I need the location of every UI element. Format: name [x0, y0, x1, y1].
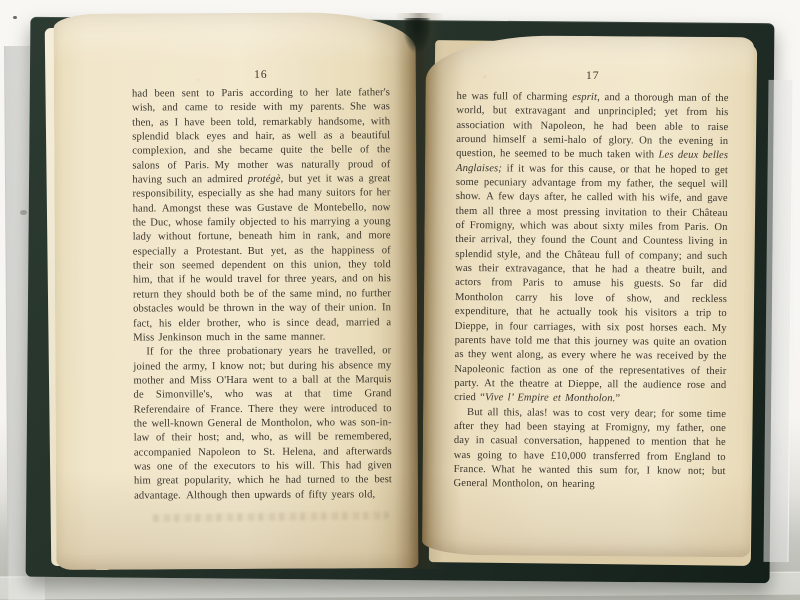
page-text-right: he was full of charming esprit, and a th… — [453, 90, 728, 494]
show-through-text — [151, 511, 389, 522]
right-page: 17 he was full of charming esprit, and a… — [422, 35, 754, 558]
text-run: had been sent to Paris according to her … — [132, 87, 390, 185]
text-run: he was full of charming — [457, 91, 573, 103]
text-run: If for the three probationary years he t… — [133, 345, 392, 501]
paragraph: had been sent to Paris according to her … — [132, 86, 391, 346]
paragraph: But all this, alas! was to cost very dea… — [453, 406, 726, 494]
book-photo-scene: 16 had been sent to Paris according to h… — [0, 0, 800, 600]
text-run: But all this, alas! was to cost very dea… — [453, 407, 726, 491]
plastic-sleeve-right — [763, 80, 793, 562]
page-number-right: 17 — [457, 69, 729, 83]
text-run: ” — [615, 393, 620, 404]
page-text-left: had been sent to Paris according to her … — [132, 86, 392, 503]
paragraph: he was full of charming esprit, and a th… — [454, 90, 728, 408]
paragraph: If for the three probationary years he t… — [133, 344, 392, 503]
text-run: if it was for this cause, or that he hop… — [454, 163, 728, 403]
text-run: , but yet it was a great responsibility,… — [132, 173, 391, 343]
italic-text: Vive l’ Empire et Montholon. — [485, 392, 616, 404]
left-page: 16 had been sent to Paris according to h… — [54, 12, 419, 570]
italic-text: protégè — [248, 174, 281, 185]
gutter-shadow — [394, 13, 444, 569]
italic-text: esprit — [572, 92, 597, 103]
page-number-left: 16 — [132, 68, 390, 81]
dust-speck — [20, 210, 27, 215]
spine-top-shadow — [402, 18, 432, 82]
dust-speck — [13, 16, 17, 19]
